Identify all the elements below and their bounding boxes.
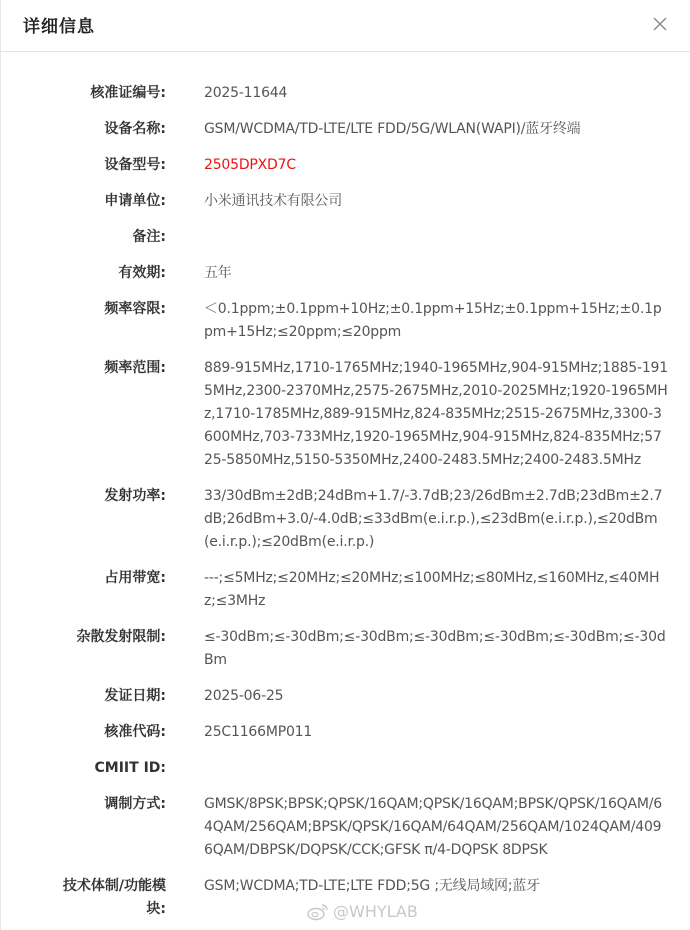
field-value: GSM/WCDMA/TD-LTE/LTE FDD/5G/WLAN(WAPI)/蓝… (204, 118, 668, 141)
field-approval-number: 核准证编号: 2025-11644 (1, 82, 690, 105)
field-label: 占用带宽: (1, 567, 166, 590)
field-value: GSM;WCDMA;TD-LTE;LTE FDD;5G ;无线局域网;蓝牙 (204, 875, 668, 898)
close-button[interactable] (650, 14, 670, 34)
field-value (204, 226, 668, 249)
field-value-highlighted: 2505DPXD7C (204, 154, 668, 177)
field-modulation: 调制方式: GMSK/8PSK;BPSK;QPSK/16QAM;QPSK/16Q… (1, 793, 690, 862)
field-label: 调制方式: (1, 793, 166, 816)
weibo-icon (307, 903, 329, 921)
field-label: 核准代码: (1, 721, 166, 744)
field-value: 小米通讯技术有限公司 (204, 190, 668, 213)
field-value: 33/30dBm±2dB;24dBm+1.7/-3.7dB;23/26dBm±2… (204, 485, 668, 554)
field-value: ---;≤5MHz;≤20MHz;≤20MHz;≤100MHz;≤80MHz,≤… (204, 567, 668, 613)
dialog-header: 详细信息 (1, 0, 690, 52)
field-value (204, 757, 668, 780)
field-label: 核准证编号: (1, 82, 166, 105)
field-value: 五年 (204, 262, 668, 285)
close-icon (650, 14, 670, 34)
field-label: 申请单位: (1, 190, 166, 213)
detail-dialog: 详细信息 核准证编号: 2025-11644 设备名称: GSM/WCDMA/T… (0, 0, 690, 930)
field-approval-code: 核准代码: 25C1166MP011 (1, 721, 690, 744)
field-label: 设备型号: (1, 154, 166, 177)
field-label: CMIIT ID: (1, 757, 166, 780)
field-value: ＜0.1ppm;±0.1ppm+10Hz;±0.1ppm+15Hz;±0.1pp… (204, 298, 668, 344)
field-label: 杂散发射限制: (1, 626, 166, 649)
field-device-model: 设备型号: 2505DPXD7C (1, 154, 690, 177)
field-value: 2025-06-25 (204, 685, 668, 708)
field-value: ≤-30dBm;≤-30dBm;≤-30dBm;≤-30dBm;≤-30dBm;… (204, 626, 668, 672)
watermark-text: @WHYLAB (333, 902, 418, 921)
field-label: 设备名称: (1, 118, 166, 141)
field-issue-date: 发证日期: 2025-06-25 (1, 685, 690, 708)
field-value: 25C1166MP011 (204, 721, 668, 744)
field-value: GMSK/8PSK;BPSK;QPSK/16QAM;QPSK/16QAM;BPS… (204, 793, 668, 862)
field-label: 技术体制/功能模块: (1, 875, 166, 921)
field-label: 频率范围: (1, 357, 166, 380)
field-frequency-tolerance: 频率容限: ＜0.1ppm;±0.1ppm+10Hz;±0.1ppm+15Hz;… (1, 298, 690, 344)
watermark: @WHYLAB (307, 902, 418, 921)
field-label: 频率容限: (1, 298, 166, 321)
detail-list: 核准证编号: 2025-11644 设备名称: GSM/WCDMA/TD-LTE… (1, 52, 690, 921)
field-label: 有效期: (1, 262, 166, 285)
field-cmiit-id: CMIIT ID: (1, 757, 690, 780)
field-occupied-bandwidth: 占用带宽: ---;≤5MHz;≤20MHz;≤20MHz;≤100MHz;≤8… (1, 567, 690, 613)
field-frequency-range: 频率范围: 889-915MHz,1710-1765MHz;1940-1965M… (1, 357, 690, 472)
field-label: 备注: (1, 226, 166, 249)
field-validity: 有效期: 五年 (1, 262, 690, 285)
field-value: 889-915MHz,1710-1765MHz;1940-1965MHz,904… (204, 357, 668, 472)
field-label: 发证日期: (1, 685, 166, 708)
field-value: 2025-11644 (204, 82, 668, 105)
field-remarks: 备注: (1, 226, 690, 249)
field-transmit-power: 发射功率: 33/30dBm±2dB;24dBm+1.7/-3.7dB;23/2… (1, 485, 690, 554)
field-label: 发射功率: (1, 485, 166, 508)
field-device-name: 设备名称: GSM/WCDMA/TD-LTE/LTE FDD/5G/WLAN(W… (1, 118, 690, 141)
dialog-title: 详细信息 (23, 12, 95, 37)
field-applicant: 申请单位: 小米通讯技术有限公司 (1, 190, 690, 213)
field-spurious-emission: 杂散发射限制: ≤-30dBm;≤-30dBm;≤-30dBm;≤-30dBm;… (1, 626, 690, 672)
